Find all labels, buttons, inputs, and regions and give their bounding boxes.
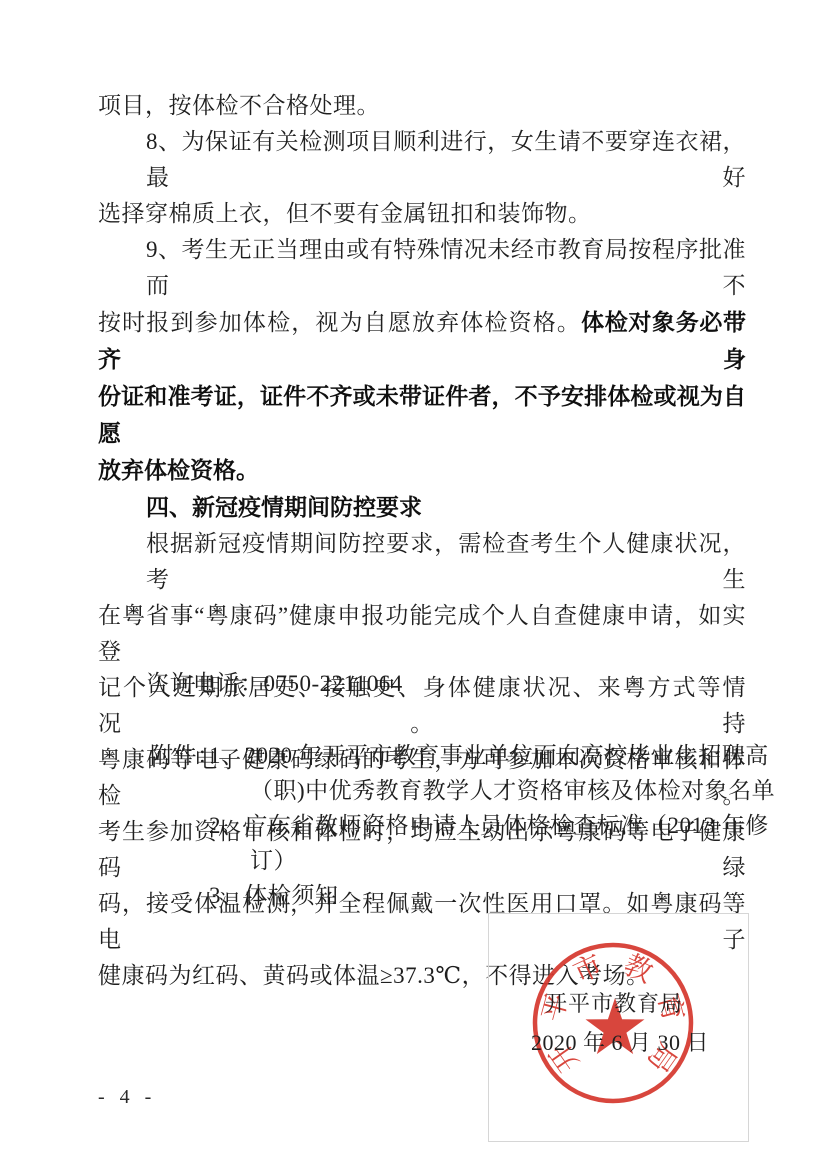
attachment-row: 订） <box>250 843 297 878</box>
body-line: 份证和准考证，证件不齐或未带证件者，不予安排体检或视为自愿 <box>98 378 746 452</box>
body-text-segment: 选择穿棉质上衣，但不要有金属钮扣和装饰物。 <box>98 201 592 226</box>
body-text-segment: 根据新冠疫情期间防控要求，需检查考生个人健康状况，考生 <box>146 531 746 592</box>
body-text-bold-segment: 四、新冠疫情期间防控要求 <box>146 494 422 520</box>
document-body: 项目，按体检不合格处理。8、为保证有关检测项目顺利进行，女生请不要穿连衣裙，最好… <box>98 88 746 994</box>
body-line: 根据新冠疫情期间防控要求，需检查考生个人健康状况，考生 <box>98 526 746 598</box>
signature-org: 开平市教育局 <box>545 991 683 1017</box>
body-line: 8、为保证有关检测项目顺利进行，女生请不要穿连衣裙，最好 <box>98 124 746 196</box>
contact-phone-line: 咨询电话：0750-2211064 <box>146 666 403 702</box>
attachment-row: （职)中优秀教育教学人才资格审核及体检对象名单 <box>250 773 775 808</box>
body-line: 选择穿棉质上衣，但不要有金属钮扣和装饰物。 <box>98 196 746 232</box>
signature-date: 2020 年 6 月 30 日 <box>531 1030 709 1056</box>
attachment-row: 3、体检须知 <box>209 878 339 913</box>
document-page: 项目，按体检不合格处理。8、为保证有关检测项目顺利进行，女生请不要穿连衣裙，最好… <box>0 0 827 1169</box>
body-text-segment: 8、为保证有关检测项目顺利进行，女生请不要穿连衣裙，最好 <box>146 129 746 190</box>
body-line: 项目，按体检不合格处理。 <box>98 88 746 124</box>
attachment-row: 2、广东省教师资格申请人员体格检查标准（2013 年修 <box>209 808 769 843</box>
body-text-segment: 按时报到参加体检，视为自愿放弃体检资格。 <box>98 310 581 335</box>
body-text-segment: 9、考生无正当理由或有特殊情况未经市教育局按程序批准而不 <box>146 237 746 298</box>
body-text-segment: 项目，按体检不合格处理。 <box>98 93 380 118</box>
page-number: - 4 - <box>98 1086 156 1109</box>
body-text-bold-segment: 放弃体检资格。 <box>98 457 259 483</box>
body-text-bold-segment: 份证和准考证，证件不齐或未带证件者，不予安排体检或视为自愿 <box>98 383 746 446</box>
body-line: 四、新冠疫情期间防控要求 <box>98 489 746 526</box>
body-line: 按时报到参加体检，视为自愿放弃体检资格。体检对象务必带齐身 <box>98 304 746 378</box>
body-line: 9、考生无正当理由或有特殊情况未经市教育局按程序批准而不 <box>98 232 746 304</box>
body-line: 在粤省事“粤康码”健康申报功能完成个人自查健康申请，如实登 <box>98 598 746 670</box>
official-seal-stamp: 开平市教育局 <box>529 939 697 1107</box>
body-line: 放弃体检资格。 <box>98 452 746 489</box>
attachment-row: 1、2020 年开平市教育事业单位面向高校毕业生招聘高 <box>209 738 769 773</box>
body-text-segment: 在粤省事“粤康码”健康申报功能完成个人自查健康申请，如实登 <box>98 603 746 664</box>
